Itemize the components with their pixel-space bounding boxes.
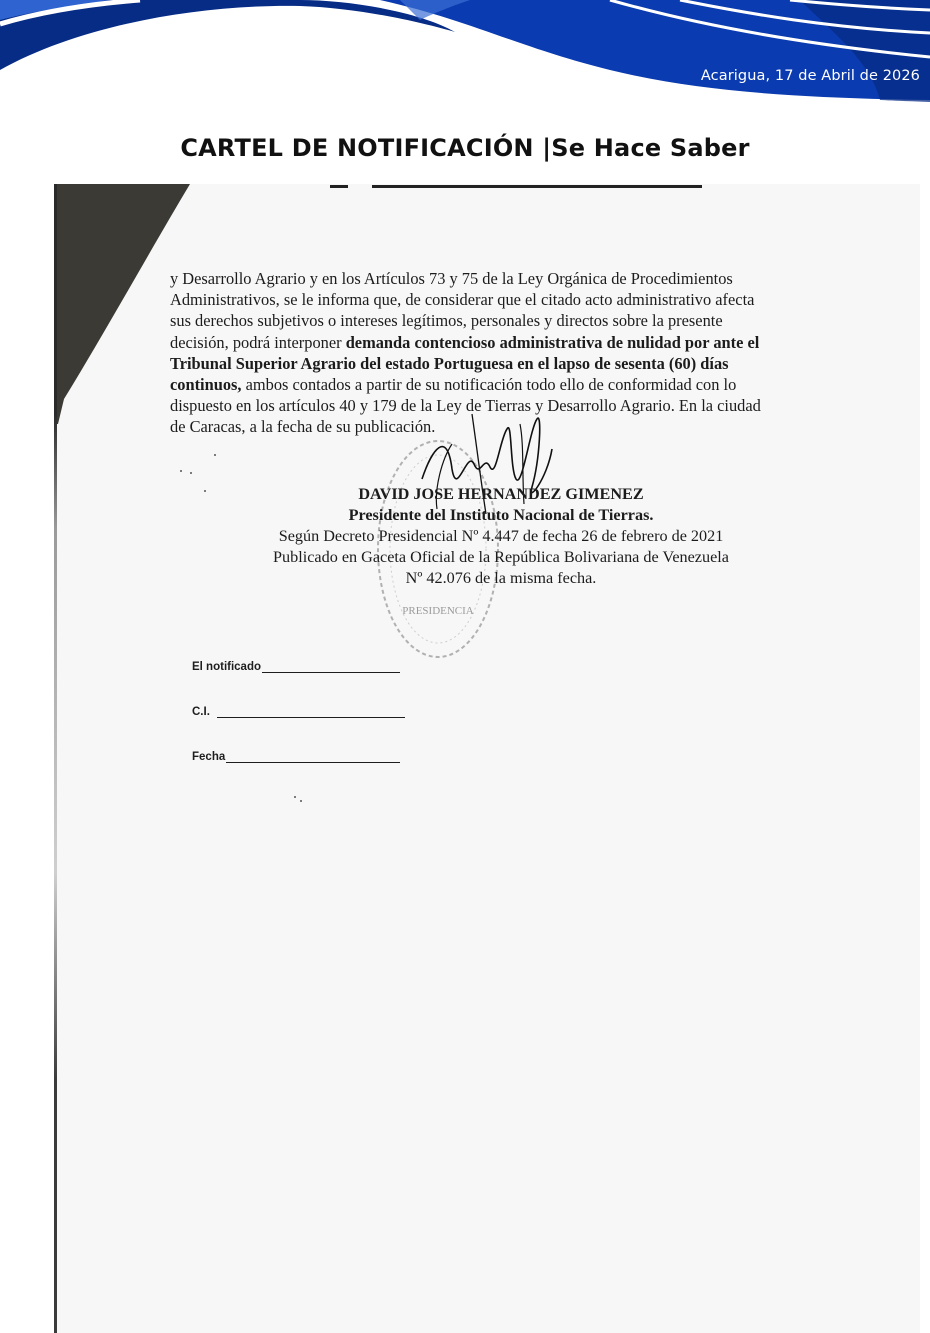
date-line[interactable] (226, 750, 400, 763)
signatory-gazette: Publicado en Gaceta Oficial de la Repúbl… (214, 547, 788, 568)
emphasis-text: continuos, (170, 375, 242, 394)
notified-signature-line[interactable] (262, 660, 400, 673)
svg-text:PRESIDENCIA: PRESIDENCIA (402, 605, 474, 617)
id-field[interactable]: C.I. (192, 705, 405, 718)
signatory-decree: Según Decreto Presidencial Nº 4.447 de f… (214, 526, 788, 547)
id-label: C.I. (192, 706, 210, 718)
body-line: decisión, podrá interponer demanda conte… (170, 332, 844, 353)
scan-speck (204, 490, 206, 492)
body-line: sus derechos subjetivos o intereses legí… (170, 310, 844, 331)
header-wave-banner (0, 0, 930, 110)
signatory-gazette-number: Nº 42.076 de la misma fecha. (214, 568, 788, 589)
notified-field[interactable]: El notificado (192, 660, 400, 673)
signature-block: DAVID JOSE HERNANDEZ GIMENEZ Presidente … (214, 484, 788, 589)
body-line: y Desarrollo Agrario y en los Artículos … (170, 268, 844, 289)
scan-speck (190, 472, 192, 474)
body-line: Administrativos, se le informa que, de c… (170, 289, 844, 310)
scan-speck (294, 796, 296, 798)
scan-speck (300, 800, 302, 802)
notified-label: El notificado (192, 661, 261, 673)
emphasis-text: demanda contencioso administrativa de nu… (346, 333, 760, 352)
header-date: Acarigua, 17 de Abril de 2026 (701, 68, 920, 84)
scan-speck (180, 470, 182, 472)
id-line[interactable] (217, 705, 405, 718)
date-label: Fecha (192, 751, 225, 763)
body-line: Tribunal Superior Agrario del estado Por… (170, 353, 844, 374)
signatory-role: Presidente del Instituto Nacional de Tie… (214, 505, 788, 526)
emphasis-text: Tribunal Superior Agrario del estado Por… (170, 354, 729, 373)
top-rule (372, 185, 702, 188)
page-title: CARTEL DE NOTIFICACIÓN |Se Hace Saber (0, 134, 930, 162)
top-rule (330, 185, 348, 188)
signatory-name: DAVID JOSE HERNANDEZ GIMENEZ (214, 484, 788, 505)
body-line: continuos, ambos contados a partir de su… (170, 374, 844, 395)
scan-speck (214, 454, 216, 456)
date-field[interactable]: Fecha (192, 750, 400, 763)
scan-left-edge (54, 184, 57, 1333)
scanned-document: y Desarrollo Agrario y en los Artículos … (54, 184, 920, 1333)
